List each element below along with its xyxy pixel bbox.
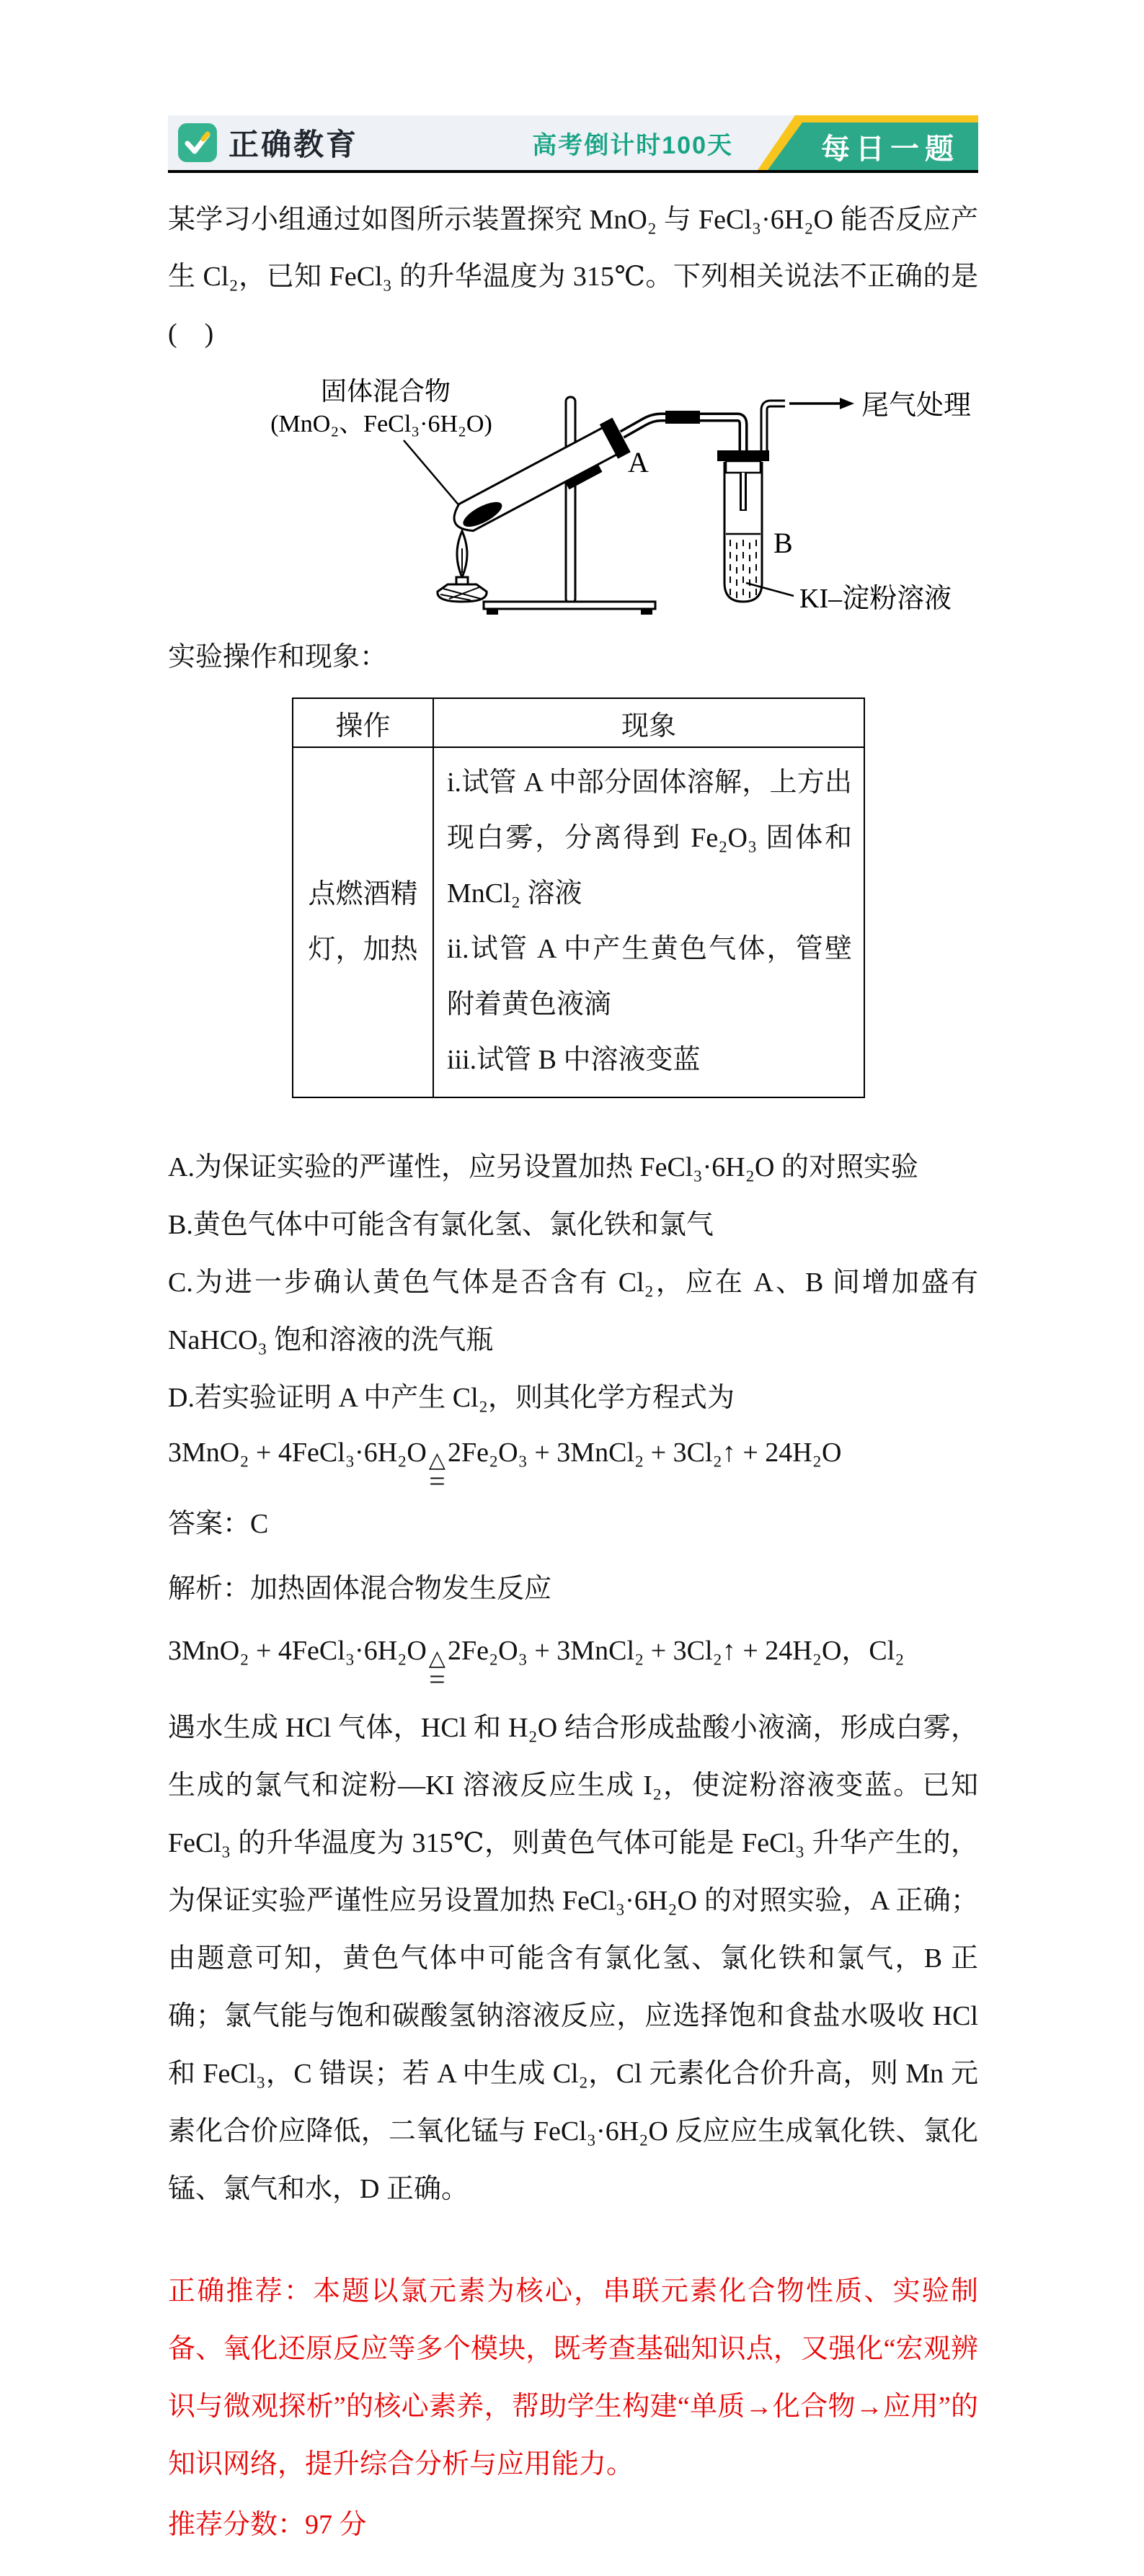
header-bar: 正确教育 高考倒计时100天 每日一题 — [168, 115, 978, 170]
page-content: 正确教育 高考倒计时100天 每日一题 某学习小组通过如图所示装置探究 MnO₂… — [168, 115, 978, 2554]
brand-check-icon — [178, 123, 217, 162]
page: { "header": { "brand": "正确教育", "countdow… — [0, 0, 1144, 2576]
analysis-intro: 解析：加热固体混合物发生反应 — [168, 1560, 978, 1618]
equation-right: 2Fe₂O₃ + 3MnCl₂ + 3Cl₂↑ + 24H₂O — [448, 1636, 841, 1666]
equals-sign: = — [429, 1669, 445, 1690]
apparatus-diagram: 固体混合物 (MnO₂、FeCl₃·6H₂O) A — [233, 370, 997, 618]
experiment-intro: 实验操作和现象： — [168, 628, 978, 686]
option-b: B.黄色气体中可能含有氯化氢、氯化铁和氯气 — [168, 1196, 978, 1254]
tube-a-label: A — [628, 446, 649, 478]
daily-question-badge: 每日一题 — [758, 115, 978, 170]
tube-b-label: B — [773, 527, 793, 559]
stand-rod — [566, 397, 575, 603]
answer-label: 答案： — [168, 1509, 250, 1539]
tube-connector — [665, 411, 700, 424]
stand-foot-right — [641, 609, 652, 615]
question-text: 某学习小组通过如图所示装置探究 MnO₂ 与 FeCl₃·6H₂O 能否反应产生… — [168, 192, 978, 362]
equation-condition: △= — [429, 1450, 445, 1492]
option-d: D.若实验证明 A 中产生 Cl₂，则其化学方程式为 — [168, 1369, 978, 1427]
equation-condition: △= — [429, 1649, 445, 1690]
table-header-row: 操作 现象 — [293, 698, 864, 747]
header-divider — [168, 170, 978, 173]
column-header-operation: 操作 — [293, 698, 433, 747]
column-header-phenomenon: 现象 — [433, 698, 864, 747]
recommendation-score: 推荐分数：97 分 — [168, 2496, 978, 2554]
phenomenon-item-3: iii.试管 B 中溶液变蓝 — [447, 1033, 852, 1088]
diagram-leader-line-solid — [404, 440, 465, 512]
equals-sign: = — [429, 1471, 445, 1492]
alcohol-lamp — [438, 531, 487, 602]
diagram-solid-label-line2: (MnO₂、FeCl₃·6H₂O) — [270, 411, 492, 437]
tailgas-label: 尾气处理 — [861, 391, 971, 421]
equation-tail: ，Cl₂ — [841, 1636, 904, 1666]
badge-label: 每日一题 — [802, 122, 978, 170]
option-c: C.为进一步确认黄色气体是否含有 Cl₂，应在 A、B 间增加盛有 NaHCO₃… — [168, 1254, 978, 1369]
diagram-solid-label-line1: 固体混合物 — [321, 377, 451, 406]
equation-left: 3MnO₂ + 4FeCl₃·6H₂O — [168, 1438, 427, 1468]
brand-name: 正确教育 — [229, 121, 358, 164]
solution-label: KI–淀粉溶液 — [799, 584, 952, 614]
stand-base — [484, 602, 655, 609]
equation-left: 3MnO₂ + 4FeCl₃·6H₂O — [168, 1636, 427, 1666]
recommendation-block: 正确推荐：本题以氯元素为核心，串联元素化合物性质、实验制备、氧化还原反应等多个模… — [168, 2263, 978, 2554]
answer-line: 答案：C — [168, 1495, 978, 1553]
analysis-body: 遇水生成 HCl 气体，HCl 和 H₂O 结合形成盐酸小液滴，形成白雾，生成的… — [168, 1699, 978, 2218]
phenomenon-item-2: ii.试管 A 中产生黄色气体，管壁附着黄色液滴 — [447, 922, 852, 1033]
table-row: 点燃酒精灯，加热 i.试管 A 中部分固体溶解，上方出现白雾，分离得到 Fe₂O… — [293, 747, 864, 1097]
chemical-equation-option-d: 3MnO₂ + 4FeCl₃·6H₂O△=2Fe₂O₃ + 3MnCl₂ + 3… — [168, 1437, 978, 1492]
countdown-label: 高考倒计时100天 — [532, 125, 733, 161]
phenomenon-cell: i.试管 A 中部分固体溶解，上方出现白雾，分离得到 Fe₂O₃ 固体和 MnC… — [433, 747, 864, 1097]
options-list: A.为保证实验的严谨性，应另设置加热 FeCl₃·6H₂O 的对照实验 B.黄色… — [168, 1138, 978, 1427]
recommendation-text: 正确推荐：本题以氯元素为核心，串联元素化合物性质、实验制备、氧化还原反应等多个模… — [168, 2263, 978, 2493]
tailgas-arrowhead — [840, 398, 854, 409]
option-a: A.为保证实验的严谨性，应另设置加热 FeCl₃·6H₂O 的对照实验 — [168, 1138, 978, 1196]
chemical-equation-analysis: 3MnO₂ + 4FeCl₃·6H₂O△=2Fe₂O₃ + 3MnCl₂ + 3… — [168, 1628, 978, 1690]
answer-value: C — [250, 1509, 268, 1539]
operation-cell: 点燃酒精灯，加热 — [293, 747, 433, 1097]
equation-right: 2Fe₂O₃ + 3MnCl₂ + 3Cl₂↑ + 24H₂O — [448, 1438, 841, 1468]
tube-b-stopper — [717, 450, 769, 461]
stand-foot-left — [487, 609, 498, 615]
experiment-table: 操作 现象 点燃酒精灯，加热 i.试管 A 中部分固体溶解，上方出现白雾，分离得… — [292, 698, 865, 1098]
brand-logo — [178, 123, 217, 162]
test-tube-b — [717, 450, 769, 602]
phenomenon-item-1: i.试管 A 中部分固体溶解，上方出现白雾，分离得到 Fe₂O₃ 固体和 MnC… — [447, 755, 852, 922]
